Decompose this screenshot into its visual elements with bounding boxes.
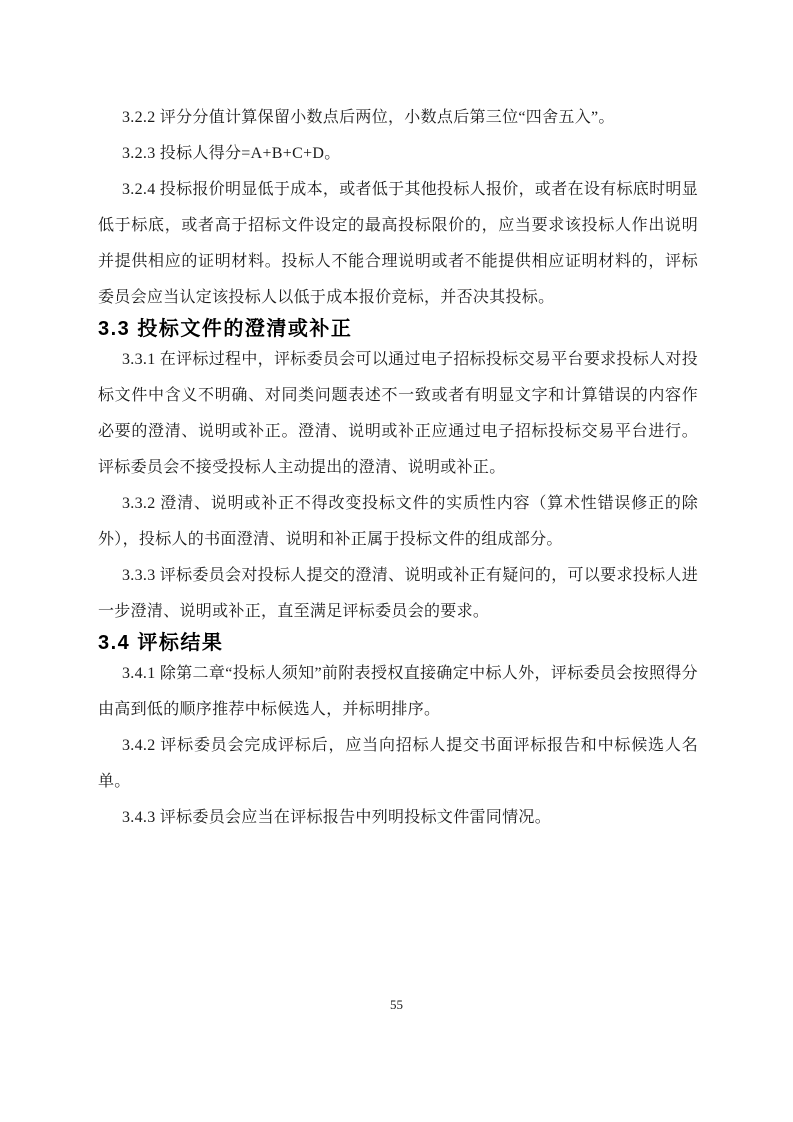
paragraph-3-4-3: 3.4.3 评标委员会应当在评标报告中列明投标文件雷同情况。 xyxy=(98,800,698,836)
document-content: 3.2.2 评分分值计算保留小数点后两位，小数点后第三位“四舍五入”。 3.2.… xyxy=(98,100,698,836)
paragraph-3-2-3: 3.2.3 投标人得分=A+B+C+D。 xyxy=(98,136,698,172)
document-page: 3.2.2 评分分值计算保留小数点后两位，小数点后第三位“四舍五入”。 3.2.… xyxy=(0,0,793,1122)
paragraph-3-3-1: 3.3.1 在评标过程中，评标委员会可以通过电子招标投标交易平台要求投标人对投标… xyxy=(98,342,698,486)
page-number: 55 xyxy=(0,996,793,1014)
paragraph-3-4-2: 3.4.2 评标委员会完成评标后，应当向招标人提交书面评标报告和中标候选人名单。 xyxy=(98,728,698,800)
paragraph-3-2-4: 3.2.4 投标报价明显低于成本，或者低于其他投标人报价，或者在设有标底时明显低… xyxy=(98,172,698,316)
paragraph-3-3-2: 3.3.2 澄清、说明或补正不得改变投标文件的实质性内容（算术性错误修正的除外）… xyxy=(98,486,698,558)
section-heading-3-3: 3.3 投标文件的澄清或补正 xyxy=(98,316,698,342)
section-heading-3-4: 3.4 评标结果 xyxy=(98,630,698,656)
paragraph-3-3-3: 3.3.3 评标委员会对投标人提交的澄清、说明或补正有疑问的，可以要求投标人进一… xyxy=(98,558,698,630)
paragraph-3-4-1: 3.4.1 除第二章“投标人须知”前附表授权直接确定中标人外，评标委员会按照得分… xyxy=(98,656,698,728)
paragraph-3-2-2: 3.2.2 评分分值计算保留小数点后两位，小数点后第三位“四舍五入”。 xyxy=(98,100,698,136)
